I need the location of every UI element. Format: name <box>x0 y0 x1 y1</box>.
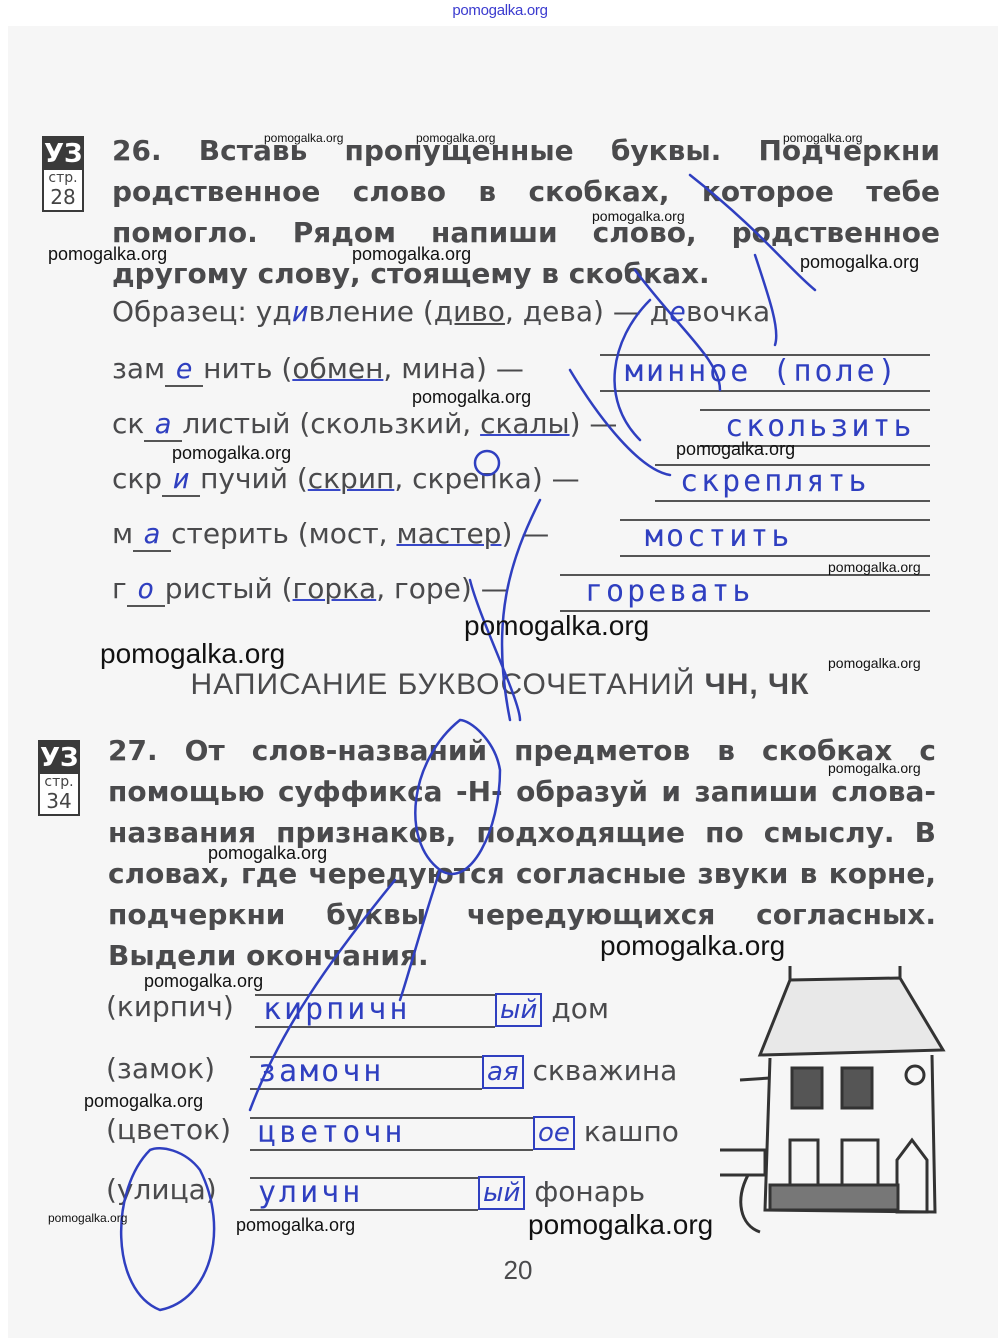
watermark: pomogalka.org <box>84 1091 203 1112</box>
heading-bold: ЧН, ЧК <box>705 668 810 701</box>
noun-word: кашпо <box>584 1115 679 1148</box>
adjective-stem-field[interactable]: уличн <box>258 1175 363 1210</box>
missing-letter-field[interactable]: а <box>133 517 171 552</box>
watermark: pomogalka.org <box>100 638 285 670</box>
hint-word-2: мастер <box>396 517 501 550</box>
watermark: pomogalka.org <box>676 439 795 460</box>
answer-guide-line <box>600 390 930 392</box>
watermark: pomogalka.org <box>464 610 649 642</box>
missing-letter-field[interactable]: и <box>162 462 200 497</box>
ending-and-noun: ая скважина <box>482 1054 677 1089</box>
source-noun: (улица) <box>106 1173 217 1206</box>
sample-word-pre: уд <box>256 295 292 328</box>
hint-word-2: мина <box>401 352 476 385</box>
adjective-stem-field[interactable]: замочн <box>258 1054 384 1089</box>
word-prefix: скр <box>112 462 162 495</box>
ending-and-noun: ое кашпо <box>533 1115 679 1150</box>
exercise-row: скрипучий (скрип, скрепка) — <box>112 462 580 497</box>
hint-word-2: скалы <box>480 407 569 440</box>
word-prefix: ск <box>112 407 144 440</box>
sample-answer-pre: д <box>650 295 669 328</box>
noun-word: дом <box>551 992 609 1025</box>
watermark: pomogalka.org <box>172 443 291 464</box>
hint-word-2: скрепка <box>412 462 532 495</box>
heading-text: НАПИСАНИЕ БУКВОСОЧЕТАНИЙ <box>191 668 696 701</box>
sample-letter: и <box>292 295 309 328</box>
badge-page: 34 <box>40 790 78 814</box>
site-header-link[interactable]: pomogalka.org <box>0 2 1000 19</box>
sample-word-post: вление <box>309 295 414 328</box>
hint-word-2: горе <box>394 572 461 605</box>
hint-word-1: скрип <box>308 462 395 495</box>
ending-box[interactable]: ый <box>495 993 542 1027</box>
watermark: pomogalka.org <box>412 387 531 408</box>
word-prefix: м <box>112 517 133 550</box>
hint-word-1: мост <box>309 517 379 550</box>
adjective-stem-field[interactable]: кирпичн <box>263 992 410 1027</box>
task-26-badge: УЗ стр. 28 <box>42 136 84 212</box>
watermark: pomogalka.org <box>783 131 862 145</box>
badge-page-label: стр. <box>44 170 82 186</box>
source-noun: (замок) <box>106 1052 215 1085</box>
word-suffix: нить <box>203 352 272 385</box>
noun-word: скважина <box>532 1054 677 1087</box>
answer-field[interactable]: мостить <box>645 519 792 554</box>
exercise-row: гористый (горка, горе) — <box>112 572 509 607</box>
answer-field[interactable]: скреплять <box>680 464 870 499</box>
ending-box[interactable]: ое <box>533 1116 575 1150</box>
page-number: 20 <box>0 1255 1000 1286</box>
exercise-row: скалистый (скользкий, скалы) — <box>112 407 617 442</box>
task-27-badge: УЗ стр. 34 <box>38 740 80 816</box>
source-noun: (кирпич) <box>106 990 234 1023</box>
adjective-stem-field[interactable]: цветочн <box>258 1115 405 1150</box>
missing-letter-field[interactable]: а <box>144 407 182 442</box>
watermark: pomogalka.org <box>828 655 921 671</box>
word-prefix: зам <box>112 352 165 385</box>
word-suffix: листый <box>182 407 290 440</box>
watermark: pomogalka.org <box>416 131 495 145</box>
ending-box[interactable]: ый <box>478 1176 525 1210</box>
sample-hint-2: дева <box>523 295 593 328</box>
ending-and-noun: ый дом <box>495 992 609 1027</box>
section-heading: НАПИСАНИЕ БУКВОСОЧЕТАНИЙ ЧН, ЧК <box>0 668 1000 702</box>
watermark: pomogalka.org <box>236 1215 355 1236</box>
missing-letter-field[interactable]: о <box>127 572 165 607</box>
sample-answer-post: вочка <box>686 295 770 328</box>
watermark: pomogalka.org <box>528 1209 713 1241</box>
badge-page: 28 <box>44 186 82 210</box>
watermark: pomogalka.org <box>48 244 167 265</box>
watermark: pomogalka.org <box>828 559 921 575</box>
word-suffix: стерить <box>171 517 289 550</box>
answer-field[interactable]: горевать <box>585 574 754 609</box>
hint-word-1: обмен <box>292 352 383 385</box>
hint-word-1: скользкий <box>310 407 462 440</box>
watermark: pomogalka.org <box>352 244 471 265</box>
badge-page-label: стр. <box>40 774 78 790</box>
noun-word: фонарь <box>534 1175 645 1208</box>
badge-code: УЗ <box>40 742 78 774</box>
hint-word-1: горка <box>293 572 377 605</box>
ending-box[interactable]: ая <box>482 1055 524 1089</box>
word-suffix: пучий <box>200 462 288 495</box>
sample-dash: — <box>613 295 641 328</box>
answer-guide-line <box>620 555 930 557</box>
watermark: pomogalka.org <box>800 252 919 273</box>
task-number: 27. <box>108 734 158 767</box>
sample-label: Образец: <box>112 295 247 328</box>
sample-hint-1: диво <box>434 295 505 328</box>
badge-code: УЗ <box>44 138 82 170</box>
watermark: pomogalka.org <box>208 843 327 864</box>
watermark: pomogalka.org <box>592 208 685 224</box>
task-number: 26. <box>112 134 162 167</box>
missing-letter-field[interactable]: е <box>165 352 203 387</box>
exercise-row: заменить (обмен, мина) — <box>112 352 524 387</box>
watermark: pomogalka.org <box>144 971 263 992</box>
word-prefix: г <box>112 572 127 605</box>
watermark: pomogalka.org <box>48 1211 127 1225</box>
source-noun: (цветок) <box>106 1113 231 1146</box>
watermark: pomogalka.org <box>828 760 921 776</box>
answer-guide-line <box>655 500 930 502</box>
ending-and-noun: ый фонарь <box>478 1175 645 1210</box>
sample-answer-letter: е <box>669 295 686 328</box>
watermark: pomogalka.org <box>264 131 343 145</box>
answer-field[interactable]: минное (поле) <box>625 354 899 389</box>
sample-line: Образец: удивление (диво, дева) — девочк… <box>112 295 770 328</box>
watermark: pomogalka.org <box>600 930 785 962</box>
word-suffix: ристый <box>165 572 273 605</box>
exercise-row: мастерить (мост, мастер) — <box>112 517 549 552</box>
